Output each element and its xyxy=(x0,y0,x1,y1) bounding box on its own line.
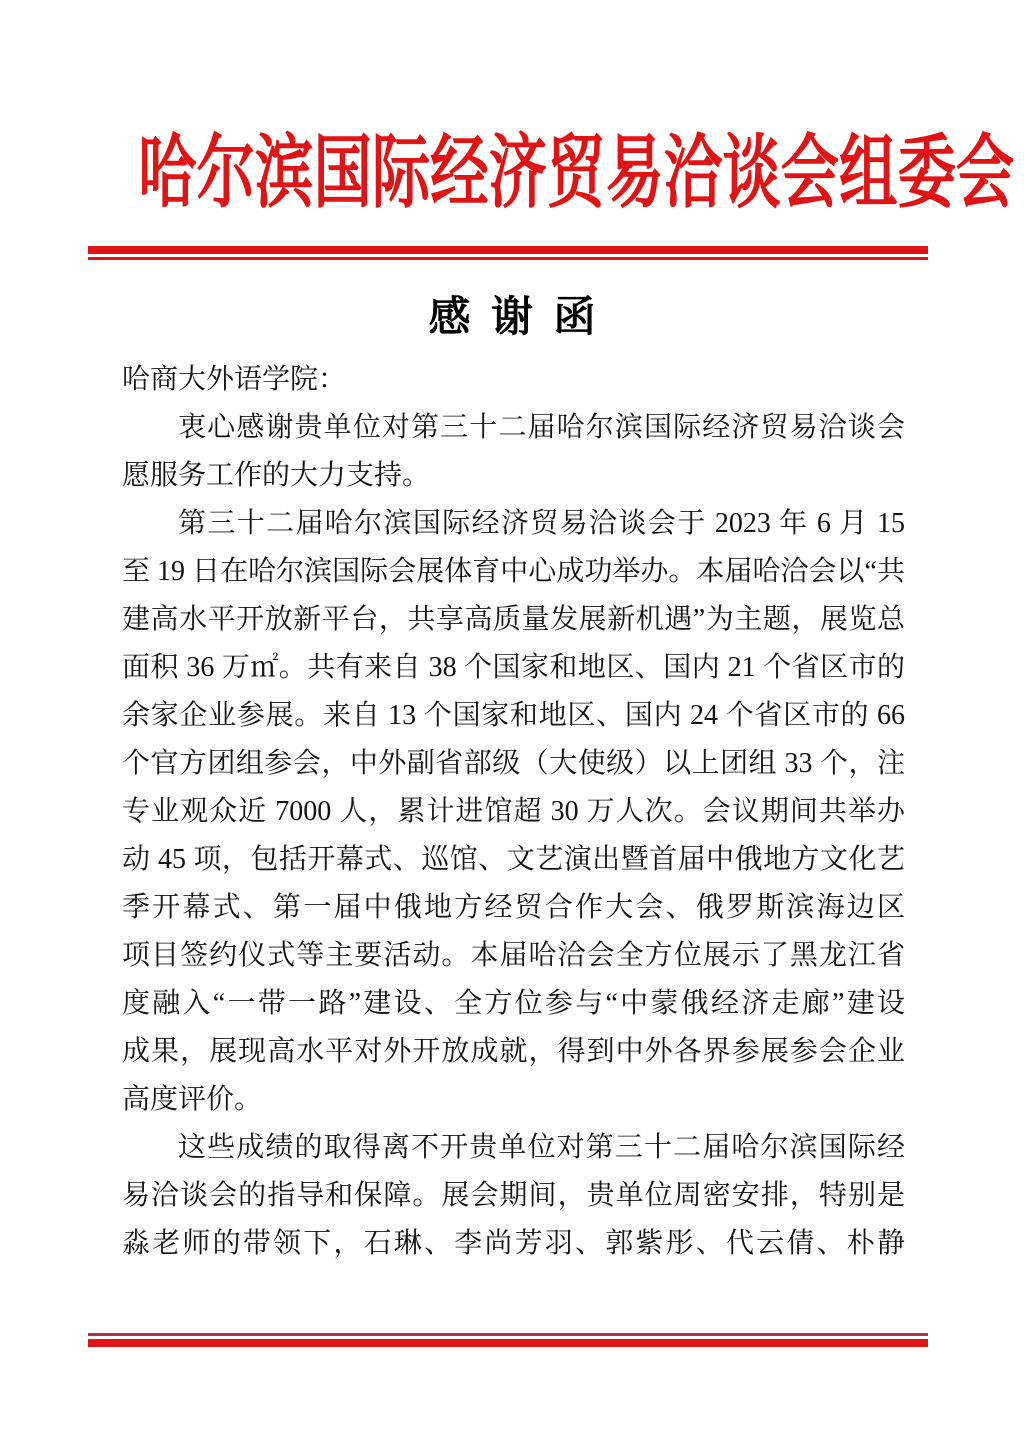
salutation: 哈商大外语学院： xyxy=(122,356,905,404)
letter-title: 感 谢 函 xyxy=(0,294,1024,342)
letterhead-org-name: 哈尔滨国际经济贸易洽谈会组委会 xyxy=(138,126,886,222)
divider-thick-rule xyxy=(88,246,928,254)
letter-line: 季开幕式、第一届中俄地方经贸合作大会、俄罗斯滨海边区日、 xyxy=(122,884,905,932)
letter-line: 第三十二届哈尔滨国际经济贸易洽谈会于 2023 年 6 月 15 日 xyxy=(122,500,905,548)
letter-body: 哈商大外语学院： 衷心感谢贵单位对第三十二届哈尔滨国际经济贸易洽谈会志 愿服务工… xyxy=(122,356,905,1268)
letter-line: 项目签约仪式等主要活动。本届哈洽会全方位展示了黑龙江省深 xyxy=(122,932,905,980)
letter-line: 个官方团组参会，中外副省部级（大使级）以上团组 33 个，注册 xyxy=(122,740,905,788)
letter-line: 余家企业参展。来自 13 个国家和地区、国内 24 个省区市的 66 xyxy=(122,692,905,740)
letter-line: 高度评价。 xyxy=(122,1076,905,1124)
letter-line: 淼老师的带领下，石琳、李尚芳羽、郭紫彤、代云倩、朴静雅、 xyxy=(122,1220,905,1268)
letter-line: 至 19 日在哈尔滨国际会展体育中心成功举办。本届哈洽会以“共 xyxy=(122,548,905,596)
letter-line: 度融入“一带一路”建设、全方位参与“中蒙俄经济走廊”建设 xyxy=(122,980,905,1028)
letter-line: 动 45 项，包括开幕式、巡馆、文艺演出暨首届中俄地方文化艺术 xyxy=(122,836,905,884)
divider-thin-rule xyxy=(88,257,928,260)
letter-line: 愿服务工作的大力支持。 xyxy=(122,452,905,500)
letter-line: 易洽谈会的指导和保障。展会期间，贵单位周密安排，特别是在王 xyxy=(122,1172,905,1220)
letter-line: 专业观众近 7000 人，累计进馆超 30 万人次。会议期间共举办活 xyxy=(122,788,905,836)
footer-thin-rule xyxy=(88,1333,928,1336)
footer-divider xyxy=(88,1333,928,1347)
letter-line: 这些成绩的取得离不开贵单位对第三十二届哈尔滨国际经济贸 xyxy=(122,1124,905,1172)
letter-line: 面积 36 万㎡。共有来自 38 个国家和地区、国内 21 个省区市的 1400 xyxy=(122,644,905,692)
letter-line: 衷心感谢贵单位对第三十二届哈尔滨国际经济贸易洽谈会志 xyxy=(122,404,905,452)
letter-line: 建高水平开放新平台，共享高质量发展新机遇”为主题，展览总 xyxy=(122,596,905,644)
letter-page: 哈尔滨国际经济贸易洽谈会组委会 感 谢 函 哈商大外语学院： 衷心感谢贵单位对第… xyxy=(0,0,1024,1447)
letterhead-divider xyxy=(88,246,928,260)
letter-line: 成果，展现高水平对外开放成就，得到中外各界参展参会企业的 xyxy=(122,1028,905,1076)
footer-thick-rule xyxy=(88,1339,928,1347)
